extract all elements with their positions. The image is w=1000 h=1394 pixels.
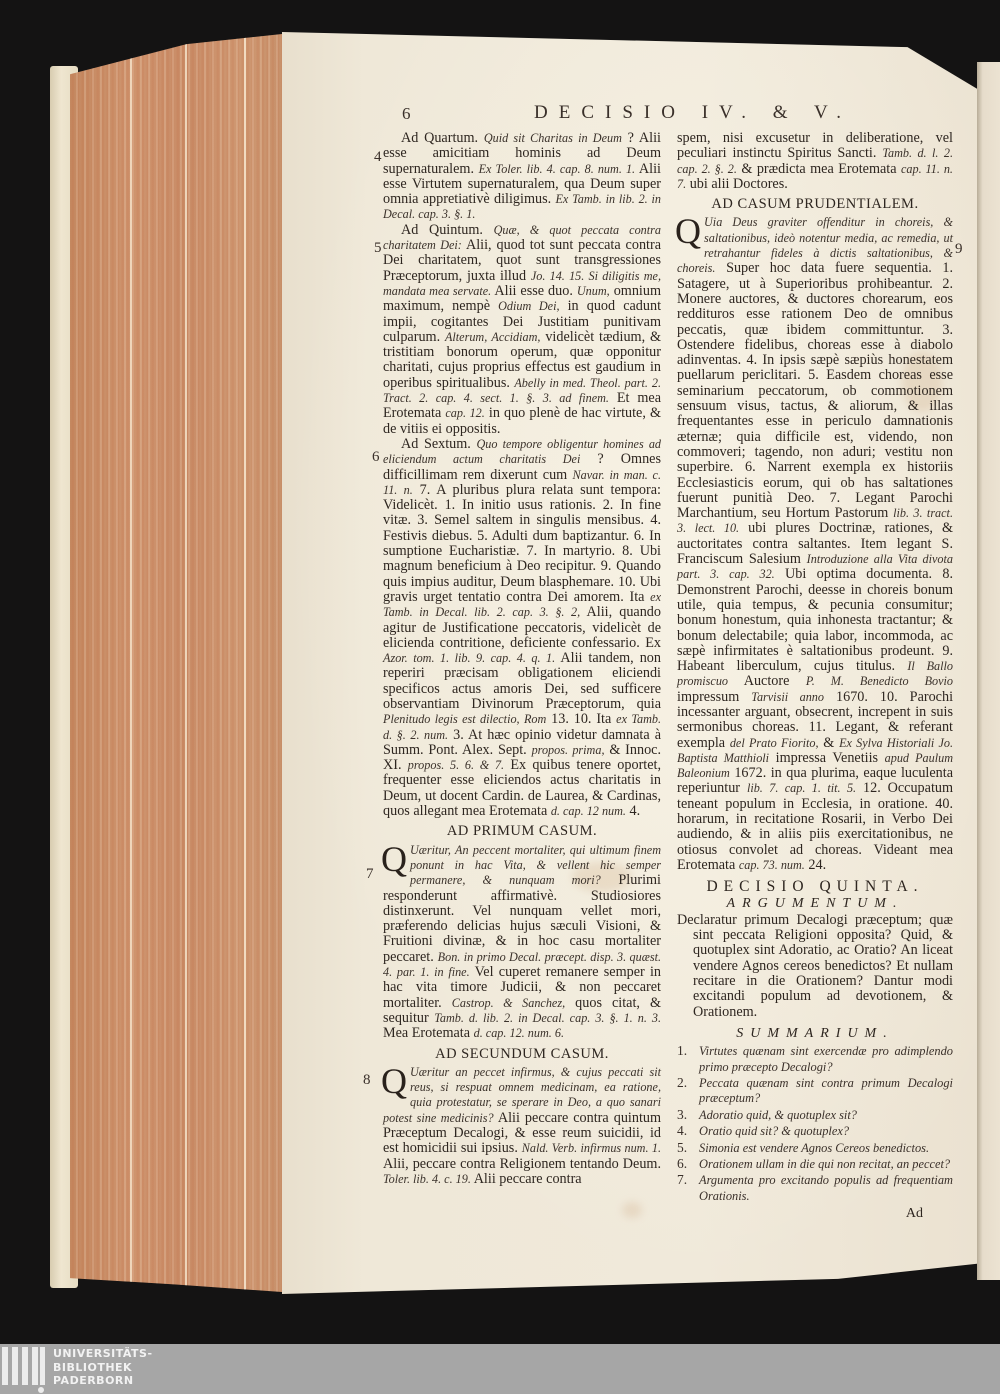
- body-text: Alii peccare contra: [474, 1171, 582, 1187]
- paragraph-secundum-casum: Q Uæritur an peccet infirmus, & cujus pe…: [383, 1065, 661, 1187]
- logo-bar: [2, 1347, 8, 1385]
- item-text: Virtutes quænam sint exercendæ pro adimp…: [699, 1044, 953, 1073]
- citation: del Prato Fiorito,: [730, 736, 819, 750]
- heading-summarium: SUMMARIUM.: [677, 1026, 953, 1041]
- citation: Plenitudo legis est dilectio, Rom: [383, 712, 546, 726]
- body-text: 13. 10. Ita: [551, 711, 611, 727]
- library-logo-icon: [0, 1347, 44, 1391]
- item-text: Oratio quid sit? & quotuplex?: [699, 1124, 849, 1138]
- paper-stain: [622, 1202, 642, 1218]
- catchword: Ad: [677, 1206, 953, 1221]
- drop-cap: Q: [381, 844, 407, 874]
- body-text: impressa Venetiis: [776, 750, 878, 766]
- body-text: Super hoc data fuere sequentia. 1. Satag…: [677, 260, 953, 521]
- citation: propos. 5. 6. & 7.: [408, 758, 504, 772]
- citation: Tarvisii anno: [751, 690, 824, 704]
- citation: Ex Toler. lib. 4. cap. 8. num. 1.: [479, 162, 636, 176]
- body-text: 24.: [808, 857, 826, 873]
- item-text: Peccata quænam sint contra primum Decalo…: [699, 1076, 953, 1105]
- citation: d. cap. 12 num.: [551, 804, 626, 818]
- item-text: Argumenta pro excitando populis ad frequ…: [699, 1173, 953, 1202]
- right-column: spem, nisi excusetur in deliberatione, v…: [677, 131, 953, 1222]
- item-number: 2.: [677, 1075, 699, 1090]
- facing-page-edge: [977, 62, 1000, 1280]
- item-number: 4.: [677, 1123, 699, 1138]
- citation: d. cap. 12. num. 6.: [474, 1026, 564, 1040]
- heading-ad-secundum-casum: AD SECUNDUM CASUM.: [383, 1047, 661, 1062]
- body-text: & prædicta mea Erotemata: [741, 161, 896, 177]
- paragraph-ad-sextum: Ad Sextum. Quo tempore obligentur homine…: [383, 437, 661, 819]
- item-number: 7.: [677, 1172, 699, 1187]
- citation: Tamb. d. lib. 2. in Decal. cap. 3. §. 1.…: [434, 1011, 661, 1025]
- summarium-list: 1.Virtutes quænam sint exercendæ pro adi…: [677, 1043, 953, 1204]
- body-text: &: [823, 735, 834, 751]
- logo-bar: [32, 1347, 38, 1385]
- paragraph-ad-quintum: Ad Quintum. Quæ, & quot peccata contra c…: [383, 223, 661, 437]
- heading-decisio-quinta: DECISIO QUINTA.: [677, 879, 953, 894]
- citation: propos. prima,: [532, 743, 605, 757]
- summarium-item: 3.Adoratio quid, & quotuplex sit?: [677, 1107, 953, 1123]
- summarium-item: 5.Simonia est vendere Agnos Cereos bened…: [677, 1140, 953, 1156]
- citation: Nald. Verb. infirmus num. 1.: [522, 1141, 661, 1155]
- italic-term: Unum,: [577, 284, 610, 298]
- margin-number: 6: [372, 449, 380, 466]
- body-text: impressum: [677, 689, 739, 705]
- paragraph-ad-quartum: Ad Quartum. Quid sit Charitas in Deum ? …: [383, 131, 661, 223]
- body-text: ubi alii Doctores.: [690, 176, 788, 192]
- item-number: 6.: [677, 1156, 699, 1171]
- heading-argumentum: ARGUMENTUM.: [677, 896, 953, 911]
- logo-bar: [12, 1347, 18, 1385]
- citation: cap. 73. num.: [739, 858, 805, 872]
- running-head: 6 DECISIO IV. & V.: [402, 104, 942, 126]
- paragraph-prudentialem: Q Uia Deus graviter offenditur in chorei…: [677, 215, 953, 873]
- margin-number: 7: [366, 866, 374, 883]
- citation: P. M. Benedicto Bovio: [806, 674, 953, 688]
- lead-text: Ad Quartum.: [401, 130, 478, 146]
- heading-ad-casum-prudentialem: AD CASUM PRUDENTIALEM.: [677, 197, 953, 212]
- body-text: 7. A pluribus plura relata sunt tempora:…: [383, 482, 661, 605]
- logo-line: BIBLIOTHEK: [53, 1361, 153, 1375]
- margin-number: 9: [955, 241, 963, 258]
- page-number: 6: [402, 104, 411, 124]
- paragraph-continuation: spem, nisi excusetur in deliberatione, v…: [677, 131, 953, 192]
- paragraph-argumentum: Declaratur primum Decalogi præceptum; qu…: [677, 913, 953, 1020]
- drop-cap: Q: [381, 1066, 407, 1096]
- item-text: Orationem ullam in die qui non recitat, …: [699, 1157, 950, 1171]
- lead-text: Ad Quintum.: [401, 222, 483, 238]
- paragraph-primum-casum: Q Uæritur, An peccent mortaliter, qui ul…: [383, 843, 661, 1042]
- body-text: Ubi optima documenta. 8. Demonstrent Par…: [677, 566, 953, 674]
- citation: Toler. lib. 4. c. 19.: [383, 1172, 471, 1186]
- footer-bar: UNIVERSITÄTS- BIBLIOTHEK PADERBORN: [0, 1344, 1000, 1394]
- item-text: Adoratio quid, & quotuplex sit?: [699, 1108, 857, 1122]
- page-edge-line: [130, 34, 132, 1292]
- item-number: 1.: [677, 1043, 699, 1058]
- book-scan: 6 DECISIO IV. & V. 4 5 6 7 8 9 Ad Quartu…: [0, 0, 1000, 1344]
- citation: Castrop. & Sanchez,: [452, 996, 565, 1010]
- body-text: Auctore: [744, 673, 790, 689]
- item-number: 3.: [677, 1107, 699, 1122]
- margin-number: 5: [374, 240, 382, 257]
- margin-number: 8: [363, 1072, 371, 1089]
- left-column: Ad Quartum. Quid sit Charitas in Deum ? …: [383, 131, 661, 1187]
- logo-line: UNIVERSITÄTS-: [53, 1347, 153, 1361]
- body-text: Alii, peccare contra Religionem tentando…: [383, 1156, 661, 1172]
- heading-ad-primum-casum: AD PRIMUM CASUM.: [383, 824, 661, 839]
- summarium-item: 2.Peccata quænam sint contra primum Deca…: [677, 1075, 953, 1107]
- summarium-item: 7.Argumenta pro excitando populis ad fre…: [677, 1172, 953, 1204]
- logo-line: PADERBORN: [53, 1374, 153, 1388]
- summarium-item: 1.Virtutes quænam sint exercendæ pro adi…: [677, 1043, 953, 1075]
- item-text: Simonia est vendere Agnos Cereos benedic…: [699, 1141, 929, 1155]
- logo-dot: [38, 1387, 44, 1393]
- drop-cap: Q: [675, 216, 701, 246]
- summarium-item: 4.Oratio quid sit? & quotuplex?: [677, 1123, 953, 1139]
- summarium-item: 6.Orationem ullam in die qui non recitat…: [677, 1156, 953, 1172]
- citation: lib. 7. cap. 1. tit. 5.: [747, 781, 856, 795]
- page-edge-line: [185, 34, 187, 1292]
- body-text: 4.: [630, 803, 641, 819]
- page-block-red-edge: [70, 34, 282, 1292]
- italic-term: Odium Dei,: [498, 299, 559, 313]
- question-text: Quid sit Charitas in Deum: [484, 131, 622, 145]
- citation: Azor. tom. 1. lib. 9. cap. 4. q. 1.: [383, 651, 555, 665]
- logo-bar: [22, 1347, 28, 1385]
- library-logo-text: UNIVERSITÄTS- BIBLIOTHEK PADERBORN: [53, 1347, 153, 1388]
- margin-number: 4: [374, 149, 382, 166]
- body-text: Alii esse duo.: [494, 283, 573, 299]
- italic-term: Alterum, Accidiam,: [445, 330, 541, 344]
- running-title: DECISIO IV. & V.: [534, 102, 852, 124]
- page-edge-line: [244, 34, 246, 1292]
- logo-bar: [40, 1347, 45, 1385]
- body-text: Mea Erotemata: [383, 1025, 470, 1041]
- citation: cap. 12.: [445, 406, 484, 420]
- item-number: 5.: [677, 1140, 699, 1155]
- lead-text: Ad Sextum.: [401, 436, 471, 452]
